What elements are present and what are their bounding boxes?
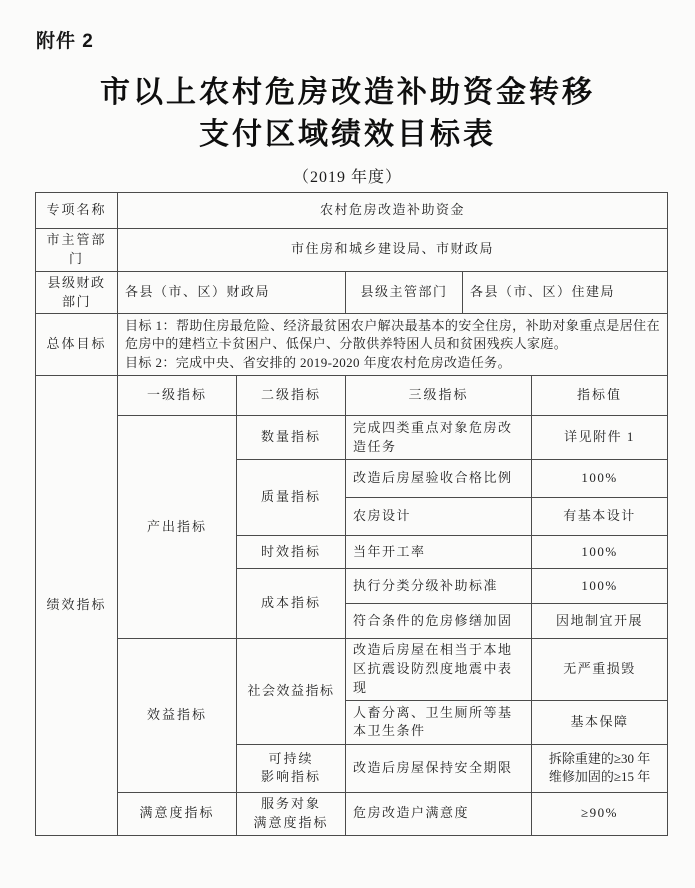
county-finance-value: 各县（市、区）财政局 (118, 271, 346, 314)
header-level1: 一级指标 (118, 376, 237, 416)
project-name-label: 专项名称 (36, 193, 118, 229)
level2-cell: 服务对象 满意度指标 (237, 792, 346, 835)
row-county-depts: 县级财政部门 各县（市、区）财政局 县级主管部门 各县（市、区）住建局 (36, 271, 668, 314)
group-benefit-label: 效益指标 (118, 639, 237, 793)
header-value: 指标值 (532, 376, 668, 416)
county-dept-value: 各县（市、区）住建局 (463, 271, 668, 314)
city-dept-label: 市主管部门 (36, 229, 118, 272)
performance-target-table: 专项名称 农村危房改造补助资金 市主管部门 市住房和城乡建设局、市财政局 县级财… (35, 192, 668, 836)
county-dept-label: 县级主管部门 (346, 271, 463, 314)
value-cell: 100% (532, 460, 668, 498)
level3-cell: 完成四类重点对象危房改造任务 (346, 416, 532, 460)
project-name-value: 农村危房改造补助资金 (118, 193, 668, 229)
level3-cell: 农房设计 (346, 498, 532, 536)
value-cell: ≥90% (532, 792, 668, 835)
county-finance-label: 县级财政部门 (36, 271, 118, 314)
value-cell: 基本保障 (532, 700, 668, 744)
row-overall-goal: 总体目标 目标 1：帮助住房最危险、经济最贫困农户解决最基本的安全住房，补助对象… (36, 314, 668, 376)
level3-cell: 当年开工率 (346, 536, 532, 569)
level3-cell: 执行分类分级补助标准 (346, 569, 532, 604)
level2-cell: 可持续 影响指标 (237, 744, 346, 792)
level2-cell: 质量指标 (237, 460, 346, 536)
document-title-line2: 支付区域绩效目标表 (0, 114, 695, 156)
attachment-label: 附件 2 (36, 26, 94, 53)
level2-cell: 时效指标 (237, 536, 346, 569)
level2-cell: 数量指标 (237, 416, 346, 460)
level3-cell: 改造后房屋保持安全期限 (346, 744, 532, 792)
indicator-section-label: 绩效指标 (36, 376, 118, 835)
level3-cell: 人畜分离、卫生厕所等基本卫生条件 (346, 700, 532, 744)
level3-cell: 改造后房屋验收合格比例 (346, 460, 532, 498)
level2-cell: 成本指标 (237, 569, 346, 639)
header-level2: 二级指标 (237, 376, 346, 416)
scanned-document-page: { "page": { "attachment_label": "附件 2", … (0, 0, 695, 888)
overall-goal-label: 总体目标 (36, 314, 118, 376)
value-cell: 100% (532, 536, 668, 569)
group-satisfaction-label: 满意度指标 (118, 792, 237, 835)
value-cell: 因地制宜开展 (532, 604, 668, 639)
value-cell: 详见附件 1 (532, 416, 668, 460)
level2-cell: 社会效益指标 (237, 639, 346, 745)
level3-cell: 危房改造户满意度 (346, 792, 532, 835)
indicator-row: 产出指标 数量指标 完成四类重点对象危房改造任务 详见附件 1 (36, 416, 668, 460)
document-title-line1: 市以上农村危房改造补助资金转移 (0, 72, 695, 114)
value-cell: 有基本设计 (532, 498, 668, 536)
row-project-name: 专项名称 农村危房改造补助资金 (36, 193, 668, 229)
overall-goal-value: 目标 1：帮助住房最危险、经济最贫困农户解决最基本的安全住房，补助对象重点是居住… (118, 314, 668, 376)
value-cell: 无严重损毁 (532, 639, 668, 701)
row-city-dept: 市主管部门 市住房和城乡建设局、市财政局 (36, 229, 668, 272)
level3-cell: 改造后房屋在相当于本地区抗震设防烈度地震中表现 (346, 639, 532, 701)
city-dept-value: 市住房和城乡建设局、市财政局 (118, 229, 668, 272)
indicator-row: 满意度指标 服务对象 满意度指标 危房改造户满意度 ≥90% (36, 792, 668, 835)
group-output-label: 产出指标 (118, 416, 237, 639)
level3-cell: 符合条件的危房修缮加固 (346, 604, 532, 639)
document-subtitle: （2019 年度） (0, 164, 695, 187)
row-indicator-header: 绩效指标 一级指标 二级指标 三级指标 指标值 (36, 376, 668, 416)
value-cell: 100% (532, 569, 668, 604)
value-cell: 拆除重建的≥30 年 维修加固的≥15 年 (532, 744, 668, 792)
header-level3: 三级指标 (346, 376, 532, 416)
indicator-row: 效益指标 社会效益指标 改造后房屋在相当于本地区抗震设防烈度地震中表现 无严重损… (36, 639, 668, 701)
document-title: 市以上农村危房改造补助资金转移 支付区域绩效目标表 (0, 72, 695, 156)
